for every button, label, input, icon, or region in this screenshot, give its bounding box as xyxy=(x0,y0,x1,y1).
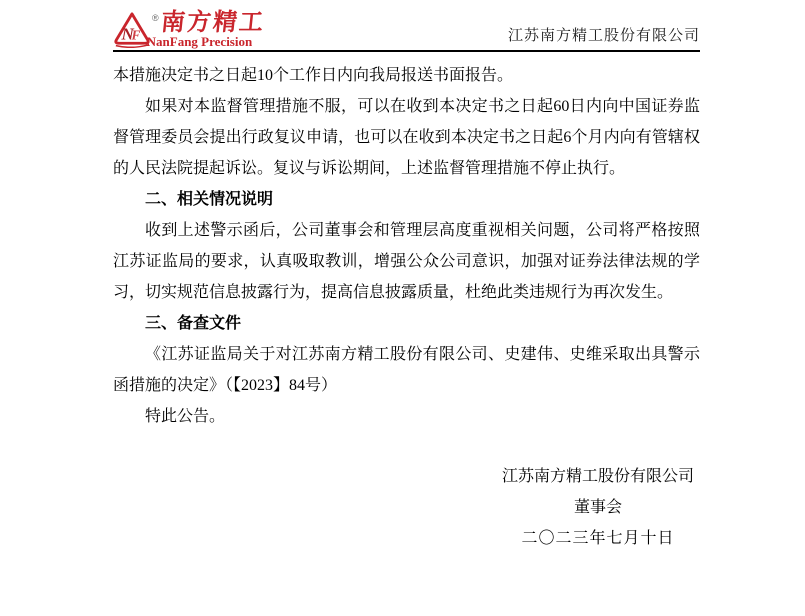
signature-date: 二〇二三年七月十日 xyxy=(496,523,700,554)
svg-text:F: F xyxy=(131,27,141,42)
header-company-name: 江苏南方精工股份有限公司 xyxy=(508,24,700,48)
continuation-text: 本措施决定书之日起10个工作日内向我局报送书面报告。 xyxy=(113,60,700,91)
brand-text: 南方精工 NanFang Precision xyxy=(161,12,265,48)
company-logo: N F ® 南方精工 NanFang Precision xyxy=(113,11,265,48)
section-3-heading: 三、备查文件 xyxy=(113,308,700,339)
appeal-paragraph: 如果对本监督管理措施不服，可以在收到本决定书之日起60日内向中国证券监督管理委员… xyxy=(113,91,700,184)
registered-trademark-icon: ® xyxy=(152,13,159,23)
section-2-paragraph: 收到上述警示函后，公司董事会和管理层高度重视相关问题，公司将严格按照江苏证监局的… xyxy=(113,215,700,308)
page-header: N F ® 南方精工 NanFang Precision 江苏南方精工股份有限公… xyxy=(113,14,700,52)
closing-statement: 特此公告。 xyxy=(113,401,700,432)
brand-name-english: NanFang Precision xyxy=(147,35,265,48)
brand-name-chinese: 南方精工 xyxy=(159,12,265,34)
document-body: 本措施决定书之日起10个工作日内向我局报送书面报告。 如果对本监督管理措施不服，… xyxy=(113,52,700,554)
section-3-paragraph: 《江苏证监局关于对江苏南方精工股份有限公司、史建伟、史维采取出具警示函措施的决定… xyxy=(113,339,700,401)
nf-triangle-icon: N F xyxy=(113,11,151,48)
signature-block: 江苏南方精工股份有限公司 董事会 二〇二三年七月十日 xyxy=(496,461,700,554)
announcement-page: N F ® 南方精工 NanFang Precision 江苏南方精工股份有限公… xyxy=(0,0,805,616)
signature-company: 江苏南方精工股份有限公司 xyxy=(496,461,700,492)
section-2-heading: 二、相关情况说明 xyxy=(113,184,700,215)
signature-board: 董事会 xyxy=(496,492,700,523)
